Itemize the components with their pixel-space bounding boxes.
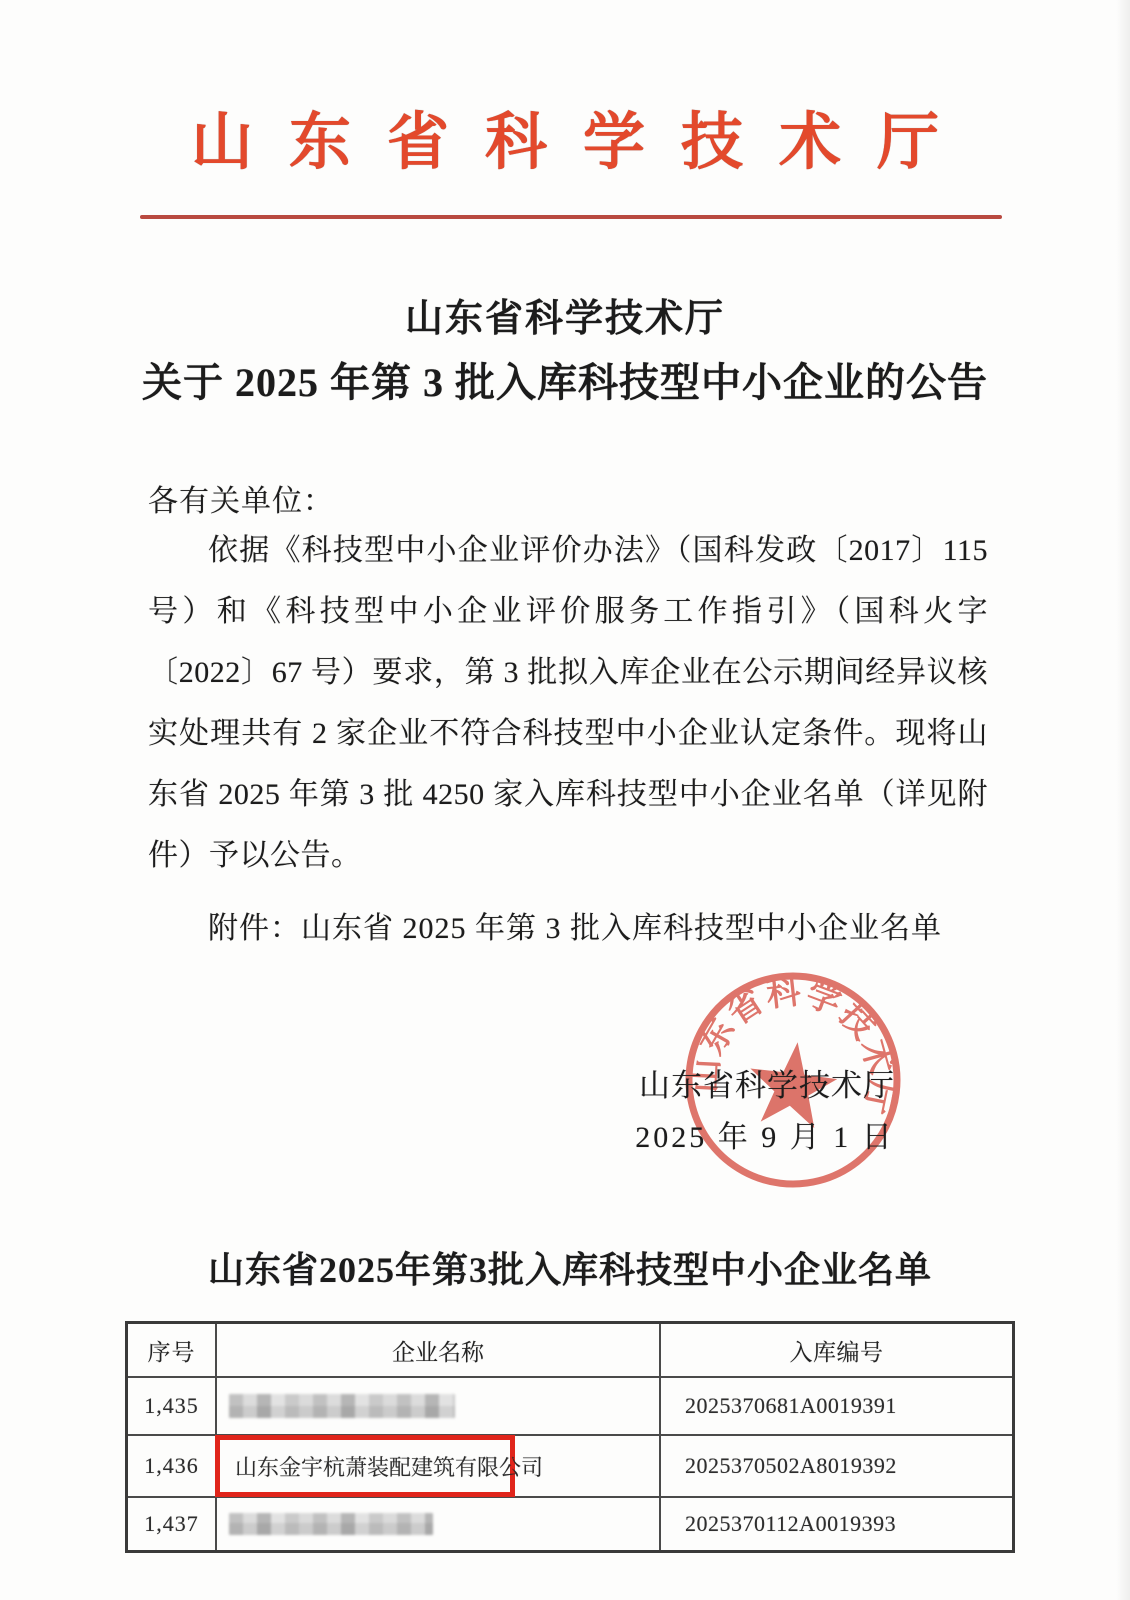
row-index: 1,437: [128, 1498, 215, 1550]
document-title-line2: 关于 2025 年第 3 批入库科技型中小企业的公告: [0, 351, 1130, 408]
row-company-name-redacted: [215, 1378, 661, 1434]
document-title-line1: 山东省科学技术厅: [0, 287, 1130, 342]
row-company-name-redacted: [215, 1498, 661, 1550]
redaction-mosaic: [229, 1394, 455, 1418]
row-registry-code: 2025370681A0019391: [661, 1378, 1012, 1434]
salutation: 各有关单位：: [148, 476, 334, 520]
company-table: 序号 企业名称 入库编号 1,435 2025370681A0019391 1,…: [125, 1321, 1015, 1553]
scan-edge-shadow: [1116, 0, 1130, 1600]
column-header-name: 企业名称: [215, 1324, 661, 1376]
row-registry-code: 2025370502A8019392: [661, 1436, 1012, 1496]
table-row: 1,435 2025370681A0019391: [128, 1376, 1012, 1434]
list-title: 山东省2025年第3批入库科技型中小企业名单: [0, 1242, 1130, 1293]
table-row-highlighted: 1,436 山东金宇杭萧装配建筑有限公司 2025370502A8019392: [128, 1434, 1012, 1496]
redaction-mosaic: [229, 1513, 433, 1535]
letterhead-rule: [140, 215, 1002, 219]
table-row: 1,437 2025370112A0019393: [128, 1496, 1012, 1550]
table-header-row: 序号 企业名称 入库编号: [128, 1324, 1012, 1376]
row-index: 1,436: [128, 1436, 215, 1496]
official-document-page: 山东省科学技术厅 山东省科学技术厅 关于 2025 年第 3 批入库科技型中小企…: [0, 0, 1130, 1600]
row-registry-code: 2025370112A0019393: [661, 1498, 1012, 1550]
attachment-line: 附件：山东省 2025 年第 3 批入库科技型中小企业名单: [208, 903, 942, 947]
column-header-code: 入库编号: [661, 1324, 1012, 1376]
row-company-name: 山东金宇杭萧装配建筑有限公司: [217, 1451, 543, 1482]
column-header-index: 序号: [128, 1324, 215, 1376]
letterhead-title: 山东省科学技术厅: [0, 92, 1130, 181]
row-index: 1,435: [128, 1378, 215, 1434]
signature-date: 2025 年 9 月 1 日: [615, 1112, 915, 1156]
body-paragraph: 依据《科技型中小企业评价办法》（国科发政〔2017〕115 号）和《科技型中小企…: [148, 520, 988, 886]
signature-issuer: 山东省科学技术厅: [617, 1060, 917, 1105]
row-company-name-cell: 山东金宇杭萧装配建筑有限公司: [215, 1436, 661, 1496]
